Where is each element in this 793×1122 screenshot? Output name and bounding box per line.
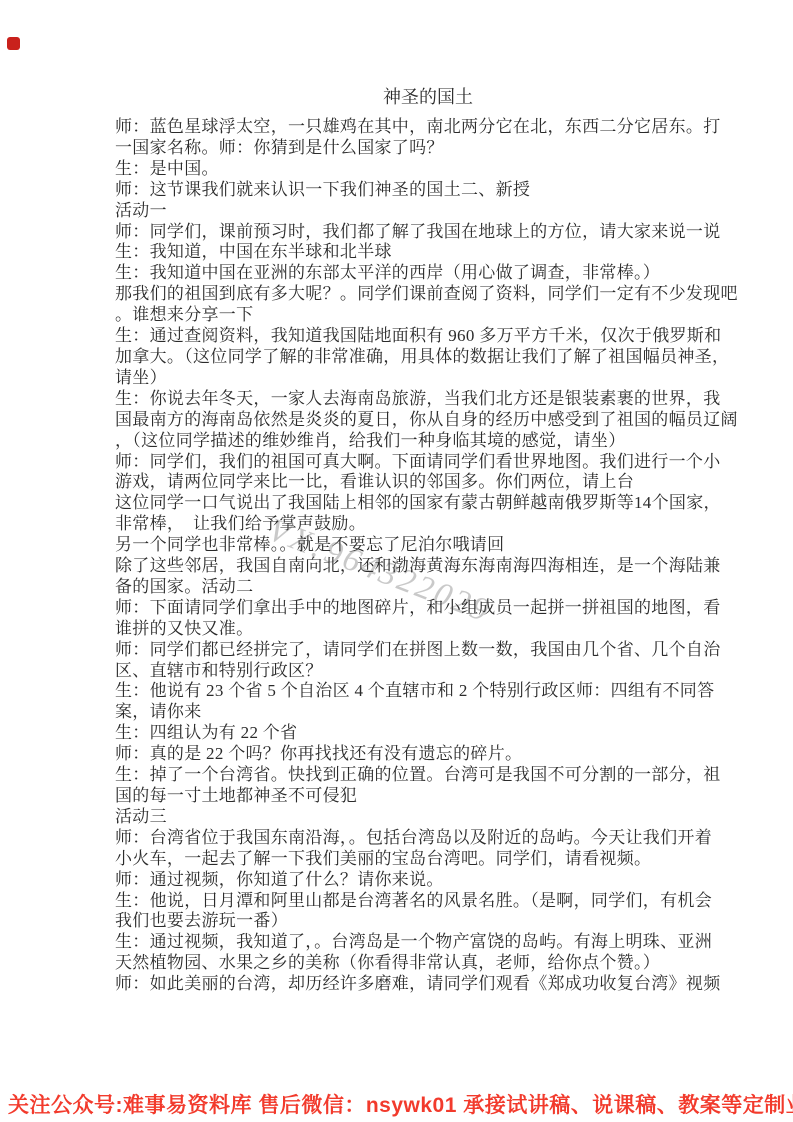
text-line-39: 我们也要去游玩一番） [115, 911, 741, 932]
text-line-20: 非常棒， 让我们给予掌声鼓励。 [115, 514, 741, 535]
text-line-33: 国的每一寸土地都神圣不可侵犯 [115, 786, 741, 807]
text-line-15: 国最南方的海南岛依然是炎炎的夏日，你从自身的经历中感受到了祖国的幅员辽阔 [115, 410, 741, 431]
text-line-18: 游戏，请两位同学来比一比，看谁认识的邻国多。你们两位，请上台 [115, 472, 741, 493]
text-line-28: 生：他说有 23 个省 5 个自治区 4 个直辖市和 2 个特别行政区师：四组有… [115, 681, 741, 702]
text-line-34: 活动三 [115, 807, 741, 828]
document-page: VX:964322029 神圣的国土 师：蓝色星球浮太空，一只雄鸡在其中，南北两… [0, 0, 793, 1122]
text-line-27: 区、直辖市和特别行政区？ [115, 661, 741, 682]
document-title: 神圣的国土 [115, 86, 741, 108]
text-line-11: 生：通过查阅资料，我知道我国陆地面积有 960 多万平方千米，仅次于俄罗斯和 [115, 326, 741, 347]
text-line-23: 备的国家。活动二 [115, 577, 741, 598]
text-line-7: 生：我知道，中国在东半球和北半球 [115, 242, 741, 263]
text-line-36: 小火车，一起去了解一下我们美丽的宝岛台湾吧。同学们，请看视频。 [115, 849, 741, 870]
footer-promo-banner: 关注公众号:难事易资料库 售后微信：nsywk01 承接试讲稿、说课稿、教案等定… [0, 1086, 793, 1122]
text-line-22: 除了这些邻居，我国自南向北，还和渤海黄海东海南海四海相连，是一个海陆兼 [115, 556, 741, 577]
text-line-4: 师：这节课我们就来认识一下我们神圣的国土二、新授 [115, 180, 741, 201]
text-line-32: 生：掉了一个台湾省。快找到正确的位置。台湾可是我国不可分割的一部分，祖 [115, 765, 741, 786]
text-line-17: 师：同学们，我们的祖国可真大啊。下面请同学们看世界地图。我们进行一个小 [115, 452, 741, 473]
text-line-25: 谁拼的又快又准。 [115, 619, 741, 640]
text-line-30: 生：四组认为有 22 个省 [115, 723, 741, 744]
text-line-29: 案，请你来 [115, 702, 741, 723]
text-line-19: 这位同学一口气说出了我国陆上相邻的国家有蒙古朝鲜越南俄罗斯等14个国家， [115, 493, 741, 514]
text-line-10: 。谁想来分享一下 [115, 305, 741, 326]
text-line-41: 天然植物园、水果之乡的美称（你看得非常认真，老师，给你点个赞。） [115, 953, 741, 974]
footer-promo-text: 关注公众号:难事易资料库 售后微信：nsywk01 承接试讲稿、说课稿、教案等定… [0, 1089, 793, 1119]
red-corner-badge [7, 37, 20, 50]
text-line-31: 师：真的是 22 个吗？你再找找还有没有遗忘的碎片。 [115, 744, 741, 765]
text-line-9: 那我们的祖国到底有多大呢？。同学们课前查阅了资料，同学们一定有不少发现吧 [115, 284, 741, 305]
text-line-21: 另一个同学也非常棒。。就是不要忘了尼泊尔哦请回 [115, 535, 741, 556]
text-line-13: 请坐） [115, 368, 741, 389]
text-line-38: 生：他说，日月潭和阿里山都是台湾著名的风景名胜。（是啊，同学们，有机会 [115, 891, 741, 912]
text-line-2: 一国家名称。师：你猜到是什么国家了吗？ [115, 138, 741, 159]
text-line-6: 师：同学们，课前预习时，我们都了解了我国在地球上的方位，请大家来说一说 [115, 222, 741, 243]
text-line-8: 生：我知道中国在亚洲的东部太平洋的西岸（用心做了调查，非常棒。） [115, 263, 741, 284]
document-content: 神圣的国土 师：蓝色星球浮太空，一只雄鸡在其中，南北两分它在北，东西二分它居东。… [115, 86, 741, 995]
text-line-35: 师：台湾省位于我国东南沿海，。包括台湾岛以及附近的岛屿。今天让我们开着 [115, 828, 741, 849]
text-line-5: 活动一 [115, 201, 741, 222]
text-line-26: 师：同学们都已经拼完了，请同学们在拼图上数一数，我国由几个省、几个自治 [115, 640, 741, 661]
document-body: 师：蓝色星球浮太空，一只雄鸡在其中，南北两分它在北，东西二分它居东。打一国家名称… [115, 117, 741, 995]
text-line-1: 师：蓝色星球浮太空，一只雄鸡在其中，南北两分它在北，东西二分它居东。打 [115, 117, 741, 138]
text-line-3: 生：是中国。 [115, 159, 741, 180]
text-line-14: 生：你说去年冬天，一家人去海南岛旅游，当我们北方还是银装素裹的世界，我 [115, 389, 741, 410]
text-line-24: 师：下面请同学们拿出手中的地图碎片，和小组成员一起拼一拼祖国的地图，看 [115, 598, 741, 619]
text-line-42: 师：如此美丽的台湾，却历经许多磨难，请同学们观看《郑成功收复台湾》视频 [115, 974, 741, 995]
text-line-40: 生：通过视频，我知道了，。台湾岛是一个物产富饶的岛屿。有海上明珠、亚洲 [115, 932, 741, 953]
text-line-12: 加拿大。（这位同学了解的非常准确，用具体的数据让我们了解了祖国幅员神圣， [115, 347, 741, 368]
text-line-37: 师：通过视频，你知道了什么？请你来说。 [115, 870, 741, 891]
text-line-16: ，（这位同学描述的维妙维肖，给我们一种身临其境的感觉，请坐） [115, 431, 741, 452]
